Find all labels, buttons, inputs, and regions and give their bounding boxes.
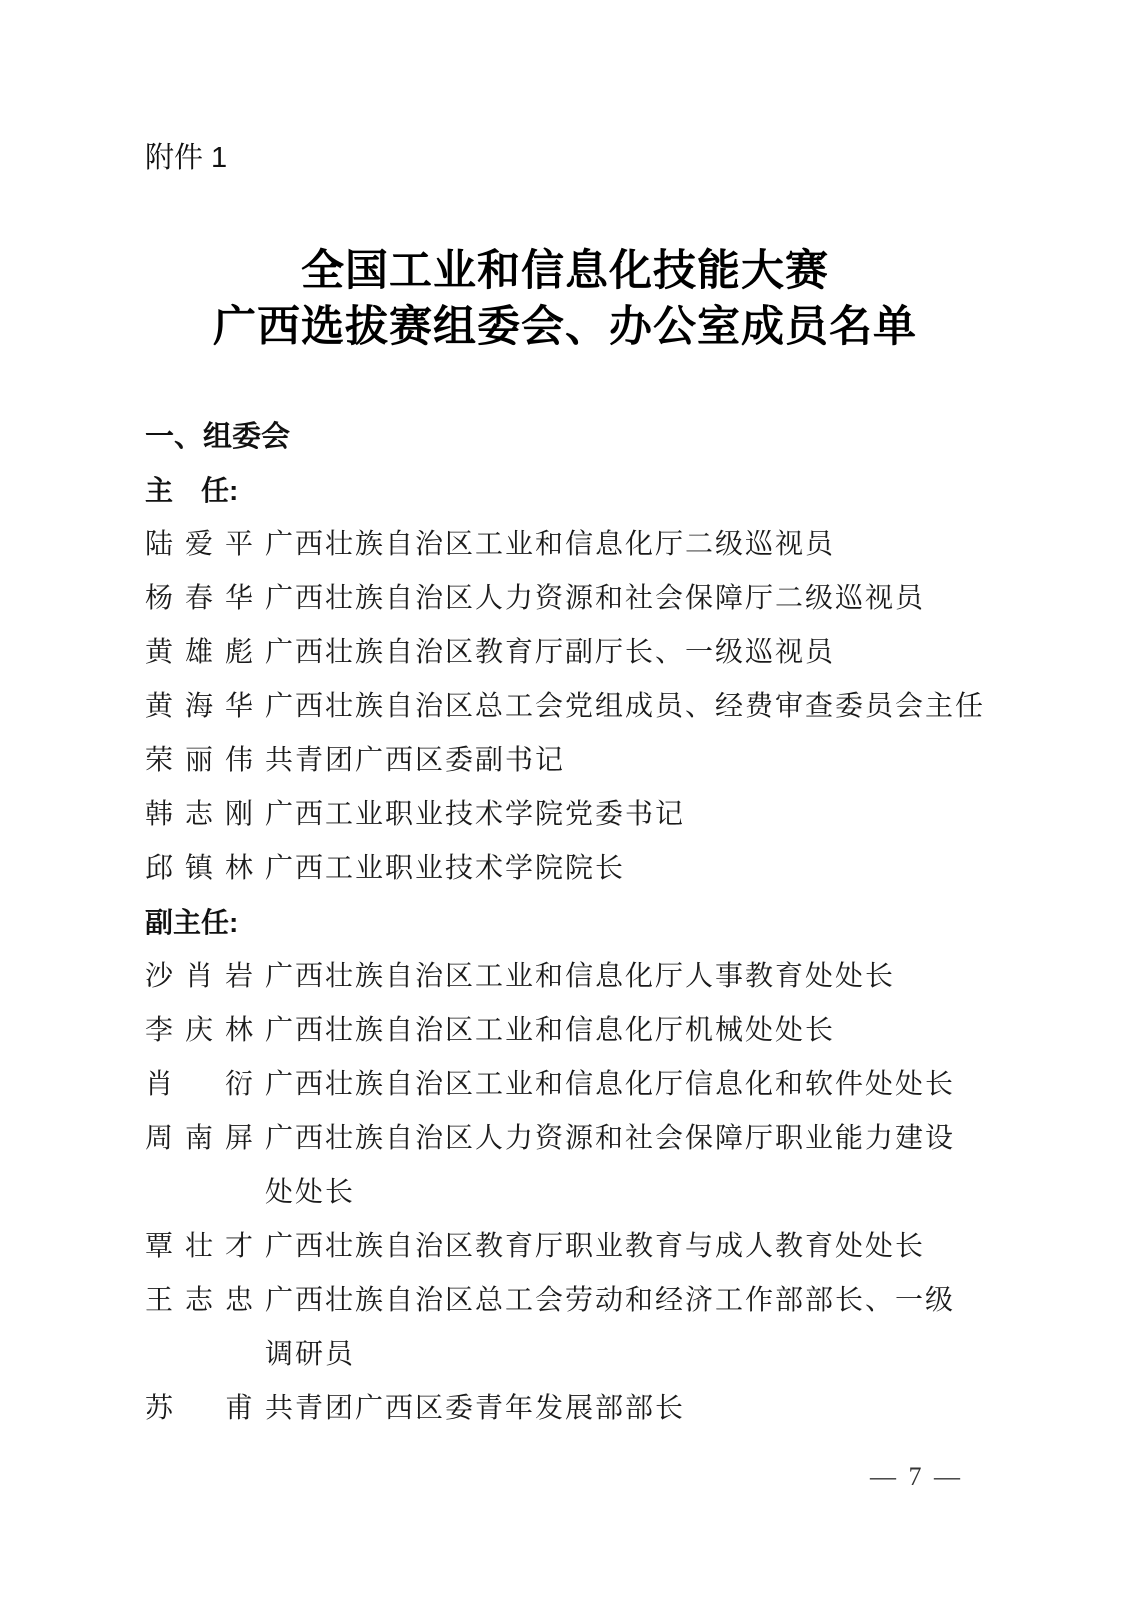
member-title: 广西壮族自治区总工会党组成员、经费审查委员会主任: [265, 680, 985, 734]
document-title-line-2: 广西选拔赛组委会、办公室成员名单: [145, 300, 985, 356]
member-title-line: 广西工业职业技术学院院长: [265, 842, 985, 896]
member-row: 黄雄彪 广西壮族自治区教育厅副厅长、一级巡视员: [145, 626, 985, 680]
member-title-line: 广西壮族自治区人力资源和社会保障厅职业能力建设: [265, 1112, 985, 1166]
member-title-line: 广西壮族自治区总工会劳动和经济工作部部长、一级: [265, 1274, 985, 1328]
member-name: 陆爱平: [145, 518, 265, 572]
member-name: 周南屏: [145, 1112, 265, 1166]
member-title: 广西工业职业技术学院党委书记: [265, 788, 985, 842]
member-row: 陆爱平 广西壮族自治区工业和信息化厅二级巡视员: [145, 518, 985, 572]
member-row: 肖 衍 广西壮族自治区工业和信息化厅信息化和软件处处长: [145, 1058, 985, 1112]
member-title-line: 处处长: [265, 1166, 985, 1220]
member-title: 广西壮族自治区工业和信息化厅二级巡视员: [265, 518, 985, 572]
member-title-line: 广西壮族自治区人力资源和社会保障厅二级巡视员: [265, 572, 985, 626]
member-title-line: 广西壮族自治区教育厅副厅长、一级巡视员: [265, 626, 985, 680]
member-title-line: 广西壮族自治区教育厅职业教育与成人教育处处长: [265, 1220, 985, 1274]
member-name: 杨春华: [145, 572, 265, 626]
member-title-line: 调研员: [265, 1328, 985, 1382]
role-label-vice: 副主任:: [145, 896, 985, 950]
member-name: 韩志刚: [145, 788, 265, 842]
member-title-line: 共青团广西区委副书记: [265, 734, 985, 788]
document-title-line-1: 全国工业和信息化技能大赛: [145, 244, 985, 300]
attachment-label: 附件 1: [145, 138, 985, 178]
member-name: 荣丽伟: [145, 734, 265, 788]
member-name: 苏 甫: [145, 1382, 265, 1436]
member-title-line: 广西壮族自治区工业和信息化厅信息化和软件处处长: [265, 1058, 985, 1112]
member-row: 韩志刚 广西工业职业技术学院党委书记: [145, 788, 985, 842]
role-label-chair: 主 任:: [145, 464, 985, 518]
member-row: 覃壮才 广西壮族自治区教育厅职业教育与成人教育处处长: [145, 1220, 985, 1274]
member-title-line: 广西壮族自治区工业和信息化厅人事教育处处长: [265, 950, 985, 1004]
member-row: 王志忠 广西壮族自治区总工会劳动和经济工作部部长、一级 调研员: [145, 1274, 985, 1382]
member-title-line: 广西工业职业技术学院党委书记: [265, 788, 985, 842]
member-title-line: 广西壮族自治区总工会党组成员、经费审查委员会主任: [265, 680, 985, 734]
member-title: 广西壮族自治区总工会劳动和经济工作部部长、一级 调研员: [265, 1274, 985, 1382]
member-title: 广西壮族自治区工业和信息化厅人事教育处处长: [265, 950, 985, 1004]
member-name: 覃壮才: [145, 1220, 265, 1274]
member-name: 沙肖岩: [145, 950, 265, 1004]
member-title: 广西壮族自治区教育厅副厅长、一级巡视员: [265, 626, 985, 680]
member-row: 荣丽伟 共青团广西区委副书记: [145, 734, 985, 788]
member-row: 杨春华 广西壮族自治区人力资源和社会保障厅二级巡视员: [145, 572, 985, 626]
page-number: — 7 —: [870, 1462, 963, 1492]
member-name: 黄雄彪: [145, 626, 265, 680]
member-title-line: 广西壮族自治区工业和信息化厅机械处处长: [265, 1004, 985, 1058]
document-page: 附件 1 全国工业和信息化技能大赛 广西选拔赛组委会、办公室成员名单 一、组委会…: [0, 0, 1131, 1600]
member-row: 李庆林 广西壮族自治区工业和信息化厅机械处处长: [145, 1004, 985, 1058]
member-title: 广西工业职业技术学院院长: [265, 842, 985, 896]
member-title: 广西壮族自治区人力资源和社会保障厅职业能力建设 处处长: [265, 1112, 985, 1220]
member-name: 李庆林: [145, 1004, 265, 1058]
member-title: 广西壮族自治区工业和信息化厅机械处处长: [265, 1004, 985, 1058]
member-title: 广西壮族自治区教育厅职业教育与成人教育处处长: [265, 1220, 985, 1274]
member-title: 广西壮族自治区工业和信息化厅信息化和软件处处长: [265, 1058, 985, 1112]
member-row: 沙肖岩 广西壮族自治区工业和信息化厅人事教育处处长: [145, 950, 985, 1004]
member-name: 黄海华: [145, 680, 265, 734]
document-body: 一、组委会 主 任: 陆爱平 广西壮族自治区工业和信息化厅二级巡视员 杨春华 广…: [145, 410, 985, 1436]
member-name: 肖 衍: [145, 1058, 265, 1112]
member-name: 邱镇林: [145, 842, 265, 896]
member-row: 黄海华 广西壮族自治区总工会党组成员、经费审查委员会主任: [145, 680, 985, 734]
member-name: 王志忠: [145, 1274, 265, 1328]
section-heading: 一、组委会: [145, 410, 985, 464]
member-title: 共青团广西区委副书记: [265, 734, 985, 788]
member-title: 共青团广西区委青年发展部部长: [265, 1382, 985, 1436]
member-title-line: 共青团广西区委青年发展部部长: [265, 1382, 985, 1436]
member-row: 周南屏 广西壮族自治区人力资源和社会保障厅职业能力建设 处处长: [145, 1112, 985, 1220]
member-row: 苏 甫 共青团广西区委青年发展部部长: [145, 1382, 985, 1436]
member-row: 邱镇林 广西工业职业技术学院院长: [145, 842, 985, 896]
document-title: 全国工业和信息化技能大赛 广西选拔赛组委会、办公室成员名单: [145, 244, 985, 356]
member-title: 广西壮族自治区人力资源和社会保障厅二级巡视员: [265, 572, 985, 626]
member-title-line: 广西壮族自治区工业和信息化厅二级巡视员: [265, 518, 985, 572]
